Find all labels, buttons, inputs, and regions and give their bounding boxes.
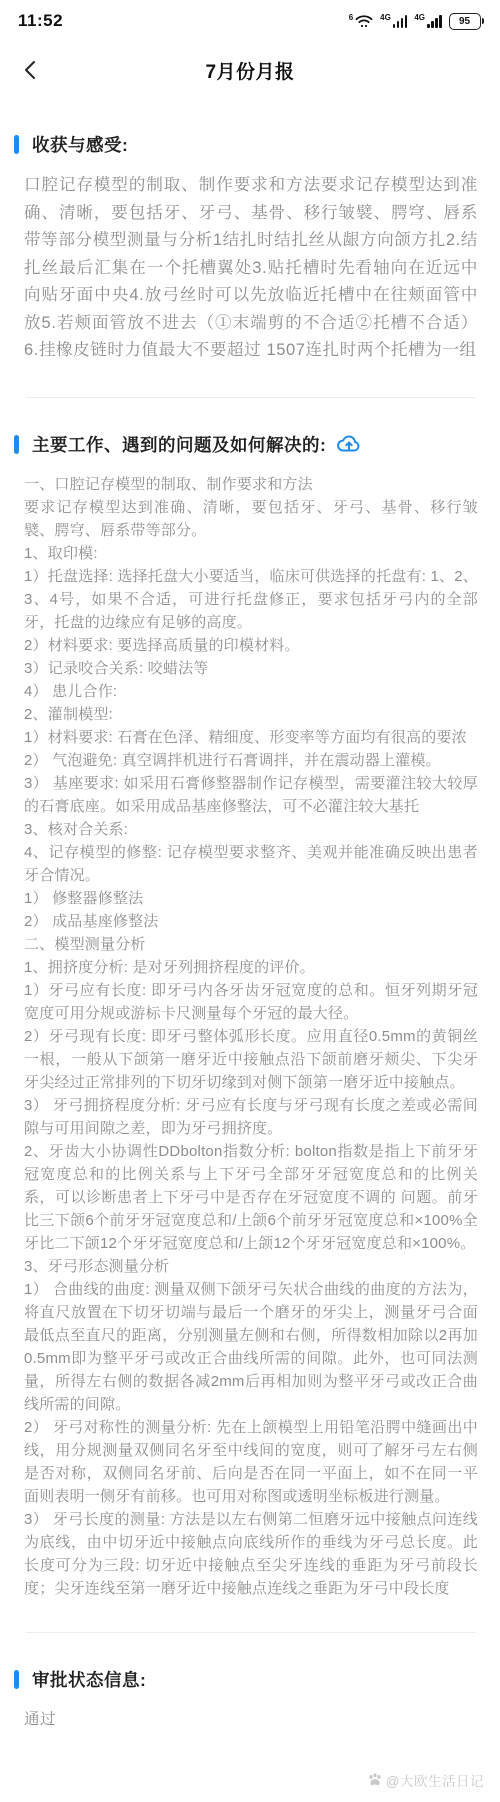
approval-status-value: 通过 [24,1708,478,1732]
wifi-arcs-icon [355,14,373,28]
signal-bars-2 [427,15,442,28]
accent-bar [14,435,19,454]
battery-icon: 95 [449,13,485,30]
back-button[interactable] [14,53,48,87]
report-content: 收获与感受: 口腔记存模型的制取、制作要求和方法要求记存模型达到准确、清晰，要包… [0,132,500,1732]
status-icons: 6 4G 4G 95 [349,13,484,30]
accent-bar [14,1670,19,1689]
section-main-work-body: 一、口腔记存模型的制取、制作要求和方法 要求记存模型达到准确、清晰，要包括牙、牙… [24,473,478,1600]
section-approval-heading-row: 审批状态信息: [14,1667,478,1692]
section-main-work-heading-row: 主要工作、遇到的问题及如何解决的: [14,432,478,457]
section-gains-body: 口腔记存模型的制取、制作要求和方法要求记存模型达到准确、清晰，要包括牙、牙弓、基… [24,172,478,365]
accent-bar [14,135,19,154]
network-type-label-1: 4G [380,13,391,22]
paw-icon [367,1772,383,1788]
signal-icon-sim1: 4G [380,15,407,28]
section-gains-heading-row: 收获与感受: [14,132,478,157]
watermark: @大欧生活日记 [367,1770,484,1790]
wifi-generation-label: 6 [349,13,353,22]
section-gains: 收获与感受: 口腔记存模型的制取、制作要求和方法要求记存模型达到准确、清晰，要包… [24,132,478,365]
section-divider [26,1632,476,1633]
cloud-upload-icon[interactable] [336,432,362,456]
nav-bar: 7月份月报 [0,42,500,98]
section-main-work: 主要工作、遇到的问题及如何解决的: 一、口腔记存模型的制取、制作要求和方法 要求… [24,432,478,1600]
chevron-left-icon [20,59,42,81]
wifi-icon: 6 [349,14,373,28]
signal-icon-sim2: 4G [414,15,441,28]
section-heading-approval: 审批状态信息: [32,1667,146,1692]
section-heading-gains: 收获与感受: [32,132,128,157]
page-title: 7月份月报 [205,57,294,84]
status-bar: 11:52 6 4G 4G 95 [0,0,500,42]
battery-nub [482,18,485,24]
battery-percent: 95 [449,13,481,30]
watermark-text: @大欧生活日记 [386,1770,484,1790]
section-approval-status: 审批状态信息: 通过 [24,1667,478,1732]
section-heading-main-work: 主要工作、遇到的问题及如何解决的: [32,432,326,457]
signal-bars-1 [393,15,408,28]
section-divider [26,397,476,398]
clock-time: 11:52 [18,11,63,31]
network-type-label-2: 4G [414,13,425,22]
